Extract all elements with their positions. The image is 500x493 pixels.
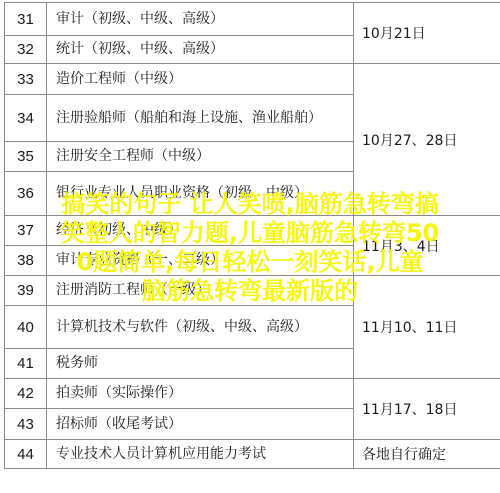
row-number: 44 [5, 440, 47, 469]
exam-name: 注册消防工程师（一级） [47, 276, 354, 306]
table-row: 44专业技术人员计算机应用能力考试各地自行确定 [5, 440, 500, 469]
exam-name: 注册验船师（船舶和海上设施、渔业船舶） [47, 95, 354, 142]
exam-name: 经济（初级、中级） [47, 216, 354, 246]
row-number: 42 [5, 379, 47, 409]
table-row: 33造价工程师（中级）10月27、28日 [5, 64, 500, 95]
exam-name: 造价工程师（中级） [47, 64, 354, 95]
exam-name: 审计（初级、中级、高级） [47, 3, 354, 36]
exam-name: 拍卖师（实际操作） [47, 379, 354, 409]
exam-name: 专业技术人员计算机应用能力考试 [47, 440, 354, 469]
row-number: 35 [5, 142, 47, 172]
row-number: 43 [5, 409, 47, 440]
exam-date: 11月17、18日 [354, 379, 500, 440]
row-number: 34 [5, 95, 47, 142]
schedule-table: 31审计（初级、中级、高级）10月21日32统计（初级、中级、高级）33造价工程… [4, 2, 500, 469]
row-number: 38 [5, 246, 47, 276]
exam-date: 各地自行确定 [354, 440, 500, 469]
exam-name: 统计（初级、中级、高级） [47, 36, 354, 64]
exam-name: 计算机技术与软件（初级、中级、高级） [47, 306, 354, 349]
exam-name: 税务师 [47, 349, 354, 379]
row-number: 37 [5, 216, 47, 246]
exam-date: 11月10、11日 [354, 276, 500, 379]
table-row: 39注册消防工程师（一级）11月10、11日 [5, 276, 500, 306]
row-number: 32 [5, 36, 47, 64]
exam-name: 银行业专业人员职业资格（初级、中级） [47, 172, 354, 216]
table-row: 42拍卖师（实际操作）11月17、18日 [5, 379, 500, 409]
table-row: 31审计（初级、中级、高级）10月21日 [5, 3, 500, 36]
exam-name: 注册安全工程师（中级） [47, 142, 354, 172]
exam-date: 10月21日 [354, 3, 500, 64]
exam-schedule-table: 31审计（初级、中级、高级）10月21日32统计（初级、中级、高级）33造价工程… [4, 2, 490, 469]
exam-name: 招标师（收尾考试） [47, 409, 354, 440]
table-row: 37经济（初级、中级）11月3、4日 [5, 216, 500, 246]
row-number: 41 [5, 349, 47, 379]
row-number: 36 [5, 172, 47, 216]
row-number: 31 [5, 3, 47, 36]
exam-name: 审计专业资格（一、二级） [47, 246, 354, 276]
exam-date: 10月27、28日 [354, 64, 500, 216]
row-number: 33 [5, 64, 47, 95]
exam-date: 11月3、4日 [354, 216, 500, 276]
row-number: 39 [5, 276, 47, 306]
row-number: 40 [5, 306, 47, 349]
